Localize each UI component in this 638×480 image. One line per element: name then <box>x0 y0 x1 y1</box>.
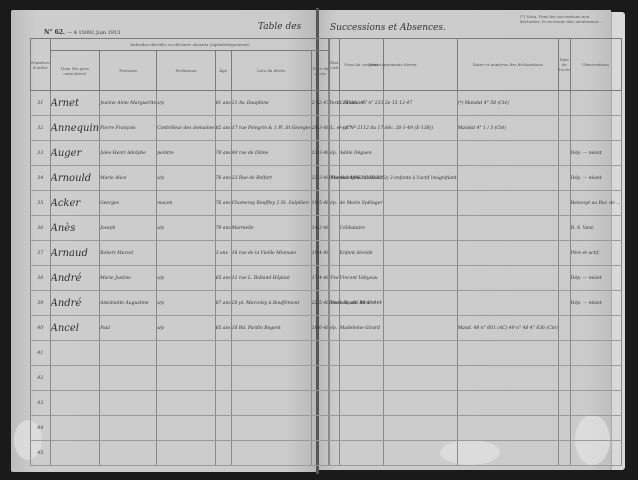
entry-profession <box>157 416 215 441</box>
entry-observations: Dép. — néant <box>570 166 621 191</box>
entry-declarations <box>457 441 558 466</box>
entry-given-names: Antoinette Augustine <box>100 291 157 316</box>
table-row <box>329 391 622 416</box>
entry-surname: Arnet <box>50 91 100 116</box>
col-header-date-acte: Date de l'acte <box>558 39 570 91</box>
entry-age: 76 ans <box>215 166 231 191</box>
entry-date: 22-5-48 <box>311 291 329 316</box>
entry-profession: s/p <box>157 266 215 291</box>
entry-age <box>215 391 231 416</box>
entry-number: 35 <box>31 191 51 216</box>
entry-observations <box>570 91 621 116</box>
entry-surname: Annequin <box>50 116 100 141</box>
entry-place: Marmelle <box>231 216 311 241</box>
entry-date <box>311 391 329 416</box>
entry-profession: s/p <box>157 216 215 241</box>
entry-place: 20 pl. Marceley à Bouffémont <box>231 291 311 316</box>
entry-date: 2-12-47 <box>311 91 329 116</box>
entry-act-date <box>558 416 570 441</box>
table-row: (Mandat 48/62 (13B.635)) 3 enfants à l'a… <box>329 166 622 191</box>
col-header-age: Âge <box>215 51 231 91</box>
title-left: Table des <box>258 24 301 30</box>
entry-number: 45 <box>31 441 51 466</box>
entry-date <box>311 366 329 391</box>
col-header-no: Numéros d'ordre <box>31 39 51 91</box>
entry-act-date <box>558 266 570 291</box>
entry-surname <box>50 391 100 416</box>
entry-observations <box>570 366 621 391</box>
col-header-observations: Observations <box>570 39 621 91</box>
table-row: Testt. 31 déc. 47 n° 233 2e 15-12-47(*) … <box>329 91 622 116</box>
entry-surname: Anès <box>50 216 100 241</box>
entry-declarations <box>457 416 558 441</box>
entry-given-names: Jeanne Anne Marguerite <box>100 91 157 116</box>
entry-profession <box>157 366 215 391</box>
entry-given-names <box>100 441 157 466</box>
entry-age <box>215 366 231 391</box>
entry-number: 37 <box>31 241 51 266</box>
entry-place <box>231 391 311 416</box>
entry-place <box>231 441 311 466</box>
entry-profession <box>157 241 215 266</box>
entry-act-date <box>558 291 570 316</box>
entry-declarations <box>457 141 558 166</box>
entry-act-date <box>558 191 570 216</box>
entry-place: 17 rue Pelegrin & 1 Pl. St Georges <box>231 116 311 141</box>
col-header-dates-valeurs: Dates et numéros des déclarations <box>457 39 558 91</box>
entry-surname: André <box>50 291 100 316</box>
entry-age: 81 ans <box>215 91 231 116</box>
entry-age: 65 ans <box>215 266 231 291</box>
entry-info <box>329 441 458 466</box>
entry-act-date <box>558 141 570 166</box>
entry-declarations: (*) Mandat 4° 58 (Cté) <box>457 91 558 116</box>
entry-given-names: Robert Marcel <box>100 241 157 266</box>
entry-observations: Père et actif. <box>570 241 621 266</box>
entry-place: 16 rue de la Vieille Monnaie <box>231 241 311 266</box>
entry-info <box>329 316 458 341</box>
entry-info <box>329 266 458 291</box>
entry-age <box>215 416 231 441</box>
entry-info <box>329 391 458 416</box>
entry-date: 28-3-48 <box>311 116 329 141</box>
entry-date: 18-6-48 <box>311 316 329 341</box>
entry-place: 23 Rue de Belfort <box>231 166 311 191</box>
entry-act-date <box>558 91 570 116</box>
entry-age <box>215 441 231 466</box>
entry-observations <box>570 341 621 366</box>
entry-profession: maçon <box>157 191 215 216</box>
entry-surname <box>50 441 100 466</box>
entry-age: 65 ans <box>215 316 231 341</box>
title-right: Successions et Absences. <box>330 25 446 31</box>
entry-given-names <box>100 366 157 391</box>
entry-number: 44 <box>31 416 51 441</box>
entry-surname: Arnould <box>50 166 100 191</box>
table-row <box>329 366 622 391</box>
entry-observations <box>570 441 621 466</box>
entry-given-names: Paul <box>100 316 157 341</box>
entry-profession: s/p <box>157 291 215 316</box>
entry-place: 40 rue de Dôme <box>231 141 311 166</box>
entry-surname <box>50 416 100 441</box>
entry-date: 22-3-48 <box>311 166 329 191</box>
entry-date: 13-3-48 <box>311 141 329 166</box>
entry-surname: Auger <box>50 141 100 166</box>
entry-info <box>329 341 458 366</box>
entry-declarations <box>457 291 558 316</box>
entry-profession: peintre <box>157 141 215 166</box>
entry-place <box>231 341 311 366</box>
table-row: R. S. Vant. <box>329 216 622 241</box>
entry-observations <box>570 391 621 416</box>
entry-declarations <box>457 391 558 416</box>
entry-place: 11 rue L. Bolland Hôpital <box>231 266 311 291</box>
entry-date: 19-4-48 <box>311 241 329 266</box>
col-header-date: Date du décès <box>311 51 329 91</box>
entry-act-date <box>558 391 570 416</box>
table-row <box>329 441 622 466</box>
table-row: Dép. — néant <box>329 266 622 291</box>
entry-info: Décès R. att. 48 n° 444 <box>329 291 458 316</box>
entry-declarations <box>457 166 558 191</box>
entry-given-names: Marie Alice <box>100 166 157 191</box>
entry-date <box>311 441 329 466</box>
page-number: N° 62. <box>44 29 65 36</box>
entry-number: 41 <box>31 341 51 366</box>
entry-info <box>329 241 458 266</box>
entry-date <box>311 416 329 441</box>
entry-given-names: Pierre François <box>100 116 157 141</box>
entry-observations: Dép. — néant <box>570 266 621 291</box>
entry-number: 42 <box>31 366 51 391</box>
entry-date: 19-5-48 <box>311 191 329 216</box>
entry-profession <box>157 391 215 416</box>
entry-act-date <box>558 116 570 141</box>
entry-info: (L. et pf. N° 2112 du 17 déc. 26-1-49 (E… <box>329 116 458 141</box>
entry-act-date <box>558 166 570 191</box>
entry-info <box>329 416 458 441</box>
entry-info <box>329 191 458 216</box>
entry-declarations <box>457 216 558 241</box>
right-register-table: Renseignements divers Dates et numéros d… <box>328 38 622 466</box>
entry-act-date <box>558 241 570 266</box>
entry-place <box>231 366 311 391</box>
entry-observations: R. S. Vant. <box>570 216 621 241</box>
entry-declarations <box>457 191 558 216</box>
entry-observations <box>570 416 621 441</box>
col-header-lieu: Lieu du décès <box>231 51 311 91</box>
entry-profession: s/p <box>157 91 215 116</box>
entry-number: 34 <box>31 166 51 191</box>
entry-declarations <box>457 366 558 391</box>
entry-info <box>329 141 458 166</box>
entry-number: 33 <box>31 141 51 166</box>
entry-act-date <box>558 316 570 341</box>
entry-act-date <box>558 216 570 241</box>
entry-age: 82 ans <box>215 116 231 141</box>
entry-declarations <box>457 241 558 266</box>
entry-given-names: Marie Justine <box>100 266 157 291</box>
col-header-prenoms: Prénoms <box>100 51 157 91</box>
entry-observations <box>570 116 621 141</box>
entry-observations: Dép. — néant <box>570 291 621 316</box>
entry-given-names: Georges <box>100 191 157 216</box>
entry-surname <box>50 366 100 391</box>
entry-act-date <box>558 341 570 366</box>
entry-act-date <box>558 366 570 391</box>
entry-given-names <box>100 341 157 366</box>
entry-info: Testt. 31 déc. 47 n° 233 2e 15-12-47 <box>329 91 458 116</box>
entry-number: 38 <box>31 266 51 291</box>
entry-profession <box>157 441 215 466</box>
entry-act-date <box>558 441 570 466</box>
top-right-note: (*) Nota. Pour les successions non décla… <box>520 14 610 24</box>
entry-given-names <box>100 391 157 416</box>
entry-info: (Mandat 48/62 (13B.635)) 3 enfants à l'a… <box>329 166 458 191</box>
entry-date: 14-2-48 <box>311 216 329 241</box>
table-row: Décès R. att. 48 n° 444Dép. — néant <box>329 291 622 316</box>
entry-place: 11 Av. Dauphine <box>231 91 311 116</box>
entry-surname <box>50 341 100 366</box>
entry-surname: Acker <box>50 191 100 216</box>
entry-place: 18 Bd. Pardin Regent <box>231 316 311 341</box>
entry-declarations: Mandat 4° 1 / 3 (Cté) <box>457 116 558 141</box>
entry-profession: Contrôleur des domaines <box>157 116 215 141</box>
entry-age: 76 ans <box>215 191 231 216</box>
entry-given-names: Joseph <box>100 216 157 241</box>
col-group-title: Individus décédés ou déclarés absents (a… <box>50 39 330 51</box>
entry-age: 78 ans <box>215 141 231 166</box>
entry-place: Chomeray Bouffley 2 St. Sulpilien <box>231 191 311 216</box>
entry-number: 32 <box>31 116 51 141</box>
entry-number: 36 <box>31 216 51 241</box>
entry-observations: Dép. — néant <box>570 141 621 166</box>
entry-number: 31 <box>31 91 51 116</box>
entry-surname: Arnaud <box>50 241 100 266</box>
entry-number: 39 <box>31 291 51 316</box>
entry-age: 79 ans <box>215 216 231 241</box>
register-number: N° 62. — 4 15092 Juin 1913 <box>44 30 120 36</box>
printing-note: — 4 15092 Juin 1913 <box>67 30 120 36</box>
entry-declarations <box>457 341 558 366</box>
entry-given-names <box>100 416 157 441</box>
entry-observations <box>570 316 621 341</box>
entry-age <box>215 341 231 366</box>
entry-date: 17-4-48 <box>311 266 329 291</box>
entry-given-names: Jules Henri Adolphe <box>100 141 157 166</box>
entry-declarations: Mand. 48 n° 601 (AC) 49 n° 48 4° 636 (Ct… <box>457 316 558 341</box>
table-row: Père et actif. <box>329 241 622 266</box>
table-row: Renvoyé au Bur. de ... <box>329 191 622 216</box>
entry-number: 43 <box>31 391 51 416</box>
table-row: Dép. — néant <box>329 141 622 166</box>
col-header-nom: Nom (En gros caractères) <box>50 51 100 91</box>
entry-observations: Renvoyé au Bur. de ... <box>570 191 621 216</box>
entry-place <box>231 416 311 441</box>
entry-profession <box>157 341 215 366</box>
entry-age: 87 ans <box>215 291 231 316</box>
entry-info <box>329 216 458 241</box>
table-row: Mand. 48 n° 601 (AC) 49 n° 48 4° 636 (Ct… <box>329 316 622 341</box>
entry-profession: s/p <box>157 166 215 191</box>
entry-number: 40 <box>31 316 51 341</box>
table-row <box>329 341 622 366</box>
col-header-renseignements: Renseignements divers <box>329 39 458 91</box>
table-row: (L. et pf. N° 2112 du 17 déc. 26-1-49 (E… <box>329 116 622 141</box>
entry-info <box>329 366 458 391</box>
col-header-profession: Profession <box>157 51 215 91</box>
entry-profession: s/p <box>157 316 215 341</box>
entry-age: 3 ans <box>215 241 231 266</box>
entry-date <box>311 341 329 366</box>
entry-surname: Ancel <box>50 316 100 341</box>
entry-declarations <box>457 266 558 291</box>
entry-surname: André <box>50 266 100 291</box>
table-row <box>329 416 622 441</box>
